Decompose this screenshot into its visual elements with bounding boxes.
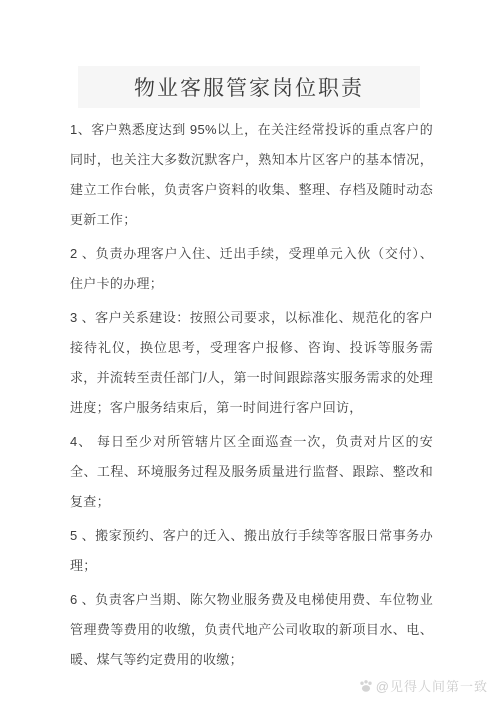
duty-item-5: 5 、搬家预约、客户的迁入、搬出放行手续等客服日常事务办理； — [70, 521, 433, 581]
duty-item-1: 1、客户熟悉度达到 95%以上，在关注经常投诉的重点客户的同时，也关注大多数沉默… — [70, 115, 433, 235]
duty-item-4: 4、 每日至少对所管辖片区全面巡查一次，负责对片区的安全、工程、环境服务过程及服… — [70, 427, 433, 517]
paw-icon — [359, 679, 373, 693]
document-page: 物业客服管家岗位职责 1、客户熟悉度达到 95%以上，在关注经常投诉的重点客户的… — [0, 0, 500, 707]
duty-item-6: 6 、负责客户当期、陈欠物业服务费及电梯使用费、车位物业管理费等费用的收缴，负责… — [70, 585, 433, 675]
title-banner: 物业客服管家岗位职责 — [78, 66, 420, 108]
document-body: 1、客户熟悉度达到 95%以上，在关注经常投诉的重点客户的同时，也关注大多数沉默… — [70, 115, 433, 679]
watermark-text: @见得人间第一致 — [376, 676, 488, 695]
duty-item-3: 3 、客户关系建设：按照公司要求，以标准化、规范化的客户接待礼仪，换位思考，受理… — [70, 303, 433, 423]
page-title: 物业客服管家岗位职责 — [134, 72, 364, 102]
duty-item-2: 2 、负责办理客户入住、迁出手续，受理单元入伙（交付）、住户卡的办理； — [70, 239, 433, 299]
watermark: @见得人间第一致 — [359, 676, 488, 695]
